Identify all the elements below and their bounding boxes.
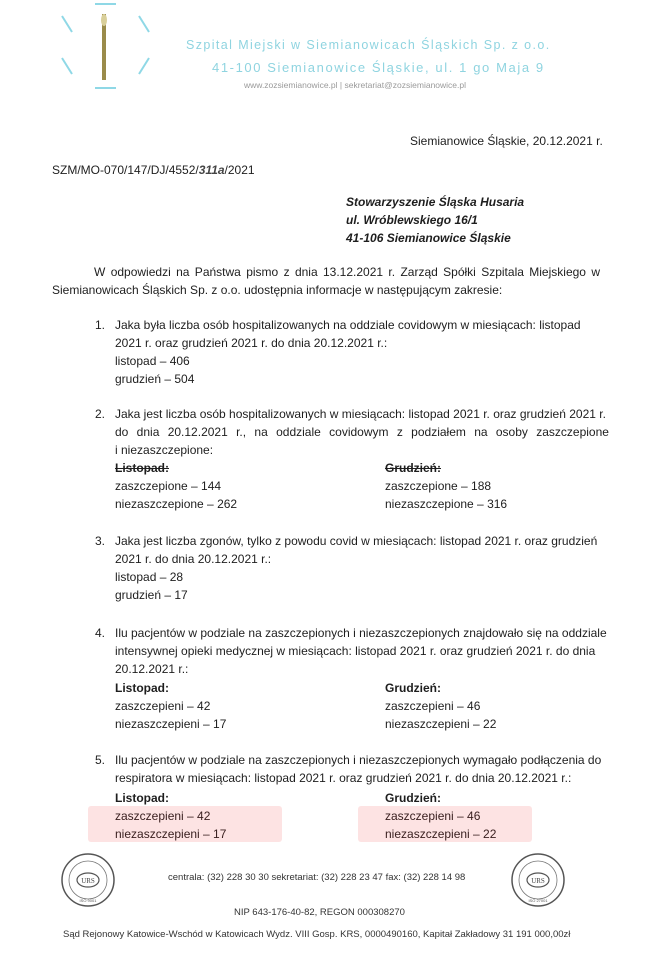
footer-phones: centrala: (32) 228 30 30 sekretariat: (3…: [168, 872, 465, 883]
reference-number: SZM/MO-070/147/DJ/4552/311a/2021: [52, 161, 255, 179]
q4-grudzien-column: Grudzień: zaszczepieni – 46 niezaszczepi…: [385, 679, 496, 733]
urs-iso-seal-right-icon: URS ISO 27001: [510, 852, 566, 908]
footer-ids: NIP 643-176-40-82, REGON 000308270: [234, 907, 405, 918]
value-row: zaszczepieni – 42: [115, 807, 226, 825]
question-text: Jaka była liczba osób hospitalizowanych …: [115, 318, 581, 332]
question-text: do dnia 20.12.2021 r., na oddziale covid…: [115, 423, 600, 441]
svg-text:ISO 27001: ISO 27001: [528, 898, 548, 903]
value-row: zaszczepieni – 46: [385, 807, 496, 825]
q4-listopad-column: Listopad: zaszczepieni – 42 niezaszczepi…: [115, 679, 226, 733]
intro-paragraph: W odpowiedzi na Państwa pismo z dnia 13.…: [52, 263, 600, 299]
question-text: 20.12.2021 r.:: [115, 660, 600, 678]
svg-text:URS: URS: [81, 877, 95, 885]
recipient-name: Stowarzyszenie Śląska Husaria: [346, 193, 524, 211]
column-heading: Grudzień:: [385, 679, 496, 697]
answer-listopad: listopad – 28: [115, 568, 600, 586]
question-text: intensywnej opieki medycznej w miesiącac…: [115, 642, 600, 660]
question-number: 2.: [95, 405, 115, 423]
value-row: zaszczepione – 144: [115, 477, 237, 495]
question-4: 4.Ilu pacjentów w podziale na zaszczepio…: [95, 624, 600, 678]
column-heading: Listopad:: [115, 459, 237, 477]
q5-grudzien-column: Grudzień: zaszczepieni – 46 niezaszczepi…: [385, 789, 496, 843]
question-text: Ilu pacjentów w podziale na zaszczepiony…: [115, 626, 607, 640]
hospital-logo-icon: [50, 2, 160, 92]
date-line: Siemianowice Śląskie, 20.12.2021 r.: [410, 132, 603, 150]
question-text: 2021 r. oraz grudzień 2021 r. do dnia 20…: [115, 334, 600, 352]
svg-text:ISO 9001: ISO 9001: [80, 898, 98, 903]
column-heading: Grudzień:: [385, 459, 507, 477]
intro-text: W odpowiedzi na Państwa pismo z dnia 13.…: [52, 265, 600, 297]
answer-listopad: listopad – 406: [115, 352, 600, 370]
question-5: 5.Ilu pacjentów w podziale na zaszczepio…: [95, 751, 600, 787]
q2-grudzien-column: Grudzień: zaszczepione – 188 niezaszczep…: [385, 459, 507, 513]
question-text: respiratora w miesiącach: listopad 2021 …: [115, 769, 600, 787]
reference-prefix: SZM/MO-070/147/DJ/4552/: [52, 163, 199, 177]
question-number: 4.: [95, 624, 115, 642]
recipient-address: Stowarzyszenie Śląska Husaria ul. Wróble…: [346, 193, 524, 247]
column-heading: Listopad:: [115, 789, 226, 807]
svg-text:URS: URS: [531, 877, 545, 885]
column-heading: Listopad:: [115, 679, 226, 697]
answer-grudzien: grudzień – 17: [115, 586, 600, 604]
question-text: Ilu pacjentów w podziale na zaszczepiony…: [115, 753, 601, 767]
recipient-city: 41-106 Siemianowice Śląskie: [346, 229, 524, 247]
q5-listopad-column: Listopad: zaszczepieni – 42 niezaszczepi…: [115, 789, 226, 843]
value-row: niezaszczepieni – 22: [385, 825, 496, 843]
question-2: 2.Jaka jest liczba osób hospitalizowanyc…: [95, 405, 600, 459]
urs-iso-seal-left-icon: URS ISO 9001: [60, 852, 116, 908]
reference-suffix: /2021: [225, 163, 255, 177]
value-row: zaszczepieni – 46: [385, 697, 496, 715]
value-row: niezaszczepieni – 17: [115, 825, 226, 843]
value-row: niezaszczepione – 262: [115, 495, 237, 513]
value-row: niezaszczepieni – 22: [385, 715, 496, 733]
question-text: Jaka jest liczba osób hospitalizowanych …: [115, 407, 606, 421]
question-1: 1.Jaka była liczba osób hospitalizowanyc…: [95, 316, 600, 388]
question-text: 2021 r. do dnia 20.12.2021 r.:: [115, 550, 600, 568]
question-text: i niezaszczepione:: [115, 441, 600, 459]
letterhead-contact: www.zozsiemianowice.pl | sekretariat@zoz…: [244, 80, 466, 90]
question-number: 1.: [95, 316, 115, 334]
question-text: Jaka jest liczba zgonów, tylko z powodu …: [115, 534, 597, 548]
answer-grudzien: grudzień – 504: [115, 370, 600, 388]
value-row: niezaszczepieni – 17: [115, 715, 226, 733]
value-row: niezaszczepione – 316: [385, 495, 507, 513]
footer-court: Sąd Rejonowy Katowice-Wschód w Katowicac…: [63, 929, 570, 940]
recipient-street: ul. Wróblewskiego 16/1: [346, 211, 524, 229]
question-number: 5.: [95, 751, 115, 769]
reference-handwritten: 311a: [199, 163, 225, 177]
q2-listopad-column: Listopad: zaszczepione – 144 niezaszczep…: [115, 459, 237, 513]
value-row: zaszczepione – 188: [385, 477, 507, 495]
question-3: 3.Jaka jest liczba zgonów, tylko z powod…: [95, 532, 600, 604]
letterhead-address: 41-100 Siemianowice Śląskie, ul. 1 go Ma…: [212, 60, 545, 75]
letterhead-organization: Szpital Miejski w Siemianowicach Śląskic…: [186, 38, 551, 52]
column-heading: Grudzień:: [385, 789, 496, 807]
question-number: 3.: [95, 532, 115, 550]
value-row: zaszczepieni – 42: [115, 697, 226, 715]
